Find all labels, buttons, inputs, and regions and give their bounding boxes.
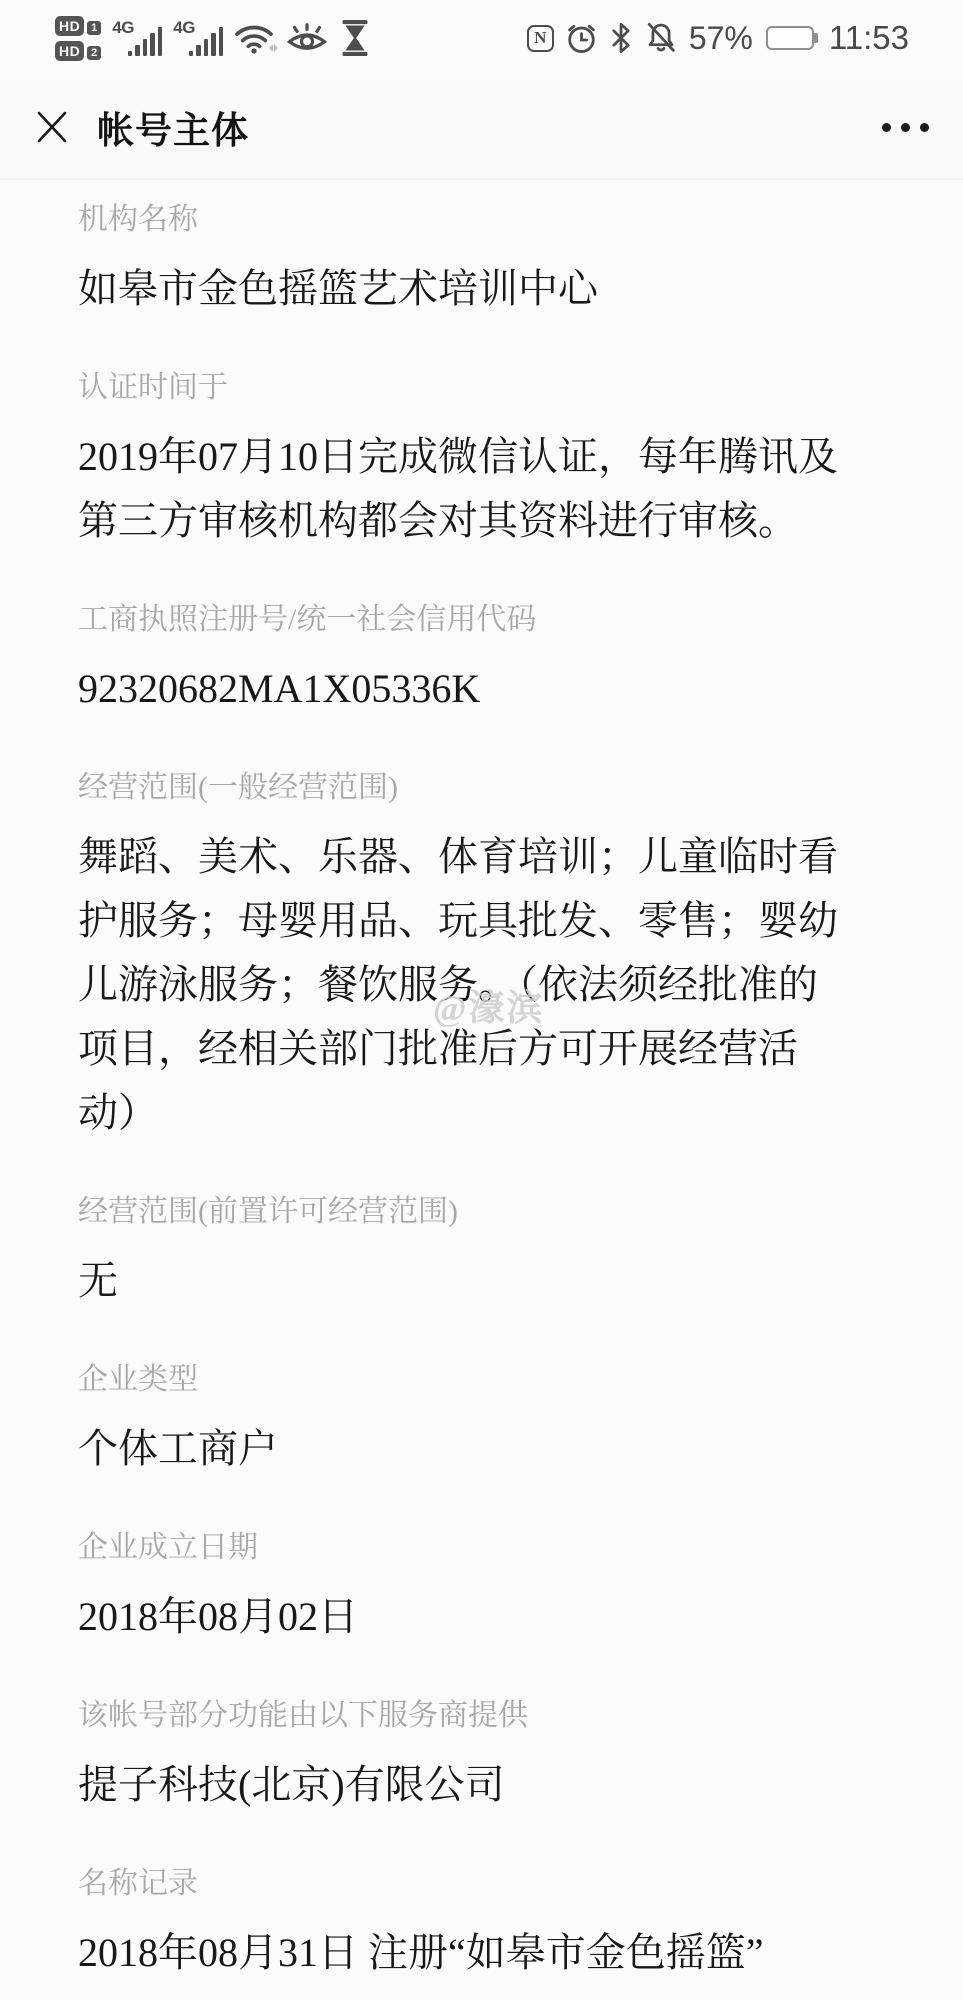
wifi-icon [234, 22, 274, 54]
eye-comfort-icon [285, 22, 329, 54]
field-value: 提子科技(北京)有限公司 [78, 1753, 903, 1817]
signal-strength-sim2-icon: 4G [173, 16, 223, 60]
field-label: 工商执照注册号/统一社会信用代码 [78, 605, 903, 635]
field-value: 2019年07月10日完成微信认证，每年腾讯及 第三方审核机构都会对其资料进行审… [78, 425, 903, 553]
alarm-clock-icon [565, 22, 598, 55]
section-verify-time: 认证时间于 2019年07月10日完成微信认证，每年腾讯及 第三方审核机构都会对… [78, 373, 903, 553]
field-value: 2018年08月31日 注册“如皋市金色摇篮” [78, 1921, 903, 1985]
field-label: 认证时间于 [78, 373, 903, 403]
field-label: 机构名称 [78, 205, 903, 235]
page-title: 帐号主体 [97, 100, 249, 154]
signal-strength-sim1-icon: 4G [112, 16, 162, 60]
field-value: 2018年08月02日 [78, 1585, 903, 1649]
section-business-scope-general: 经营范围(一般经营范围) 舞蹈、美术、乐器、体育培训；儿童临时看 护服务；母婴用… [78, 773, 903, 1145]
signal-bars-sim1 [128, 27, 163, 56]
hd2-sim-number: 2 [87, 46, 101, 60]
mute-bell-icon [644, 21, 678, 55]
hd2-badge: HD [55, 41, 84, 61]
more-menu-icon[interactable] [878, 113, 933, 142]
volte-hd1-icon: HD 1 [55, 16, 101, 36]
section-org-name: 机构名称 如皋市金色摇篮艺术培训中心 [78, 205, 903, 321]
wifi-activity-arrows [265, 44, 282, 52]
status-bar-left: HD 1 HD 2 4G 4G [55, 16, 370, 61]
volte-hd-icons: HD 1 HD 2 [55, 16, 101, 61]
section-license-code: 工商执照注册号/统一社会信用代码 92320682MA1X05336K [78, 605, 903, 721]
section-business-scope-licensed: 经营范围(前置许可经营范围) 无 [78, 1197, 903, 1313]
hd1-badge: HD [55, 16, 84, 36]
phone-screen: HD 1 HD 2 4G 4G [0, 0, 963, 2000]
field-value: 舞蹈、美术、乐器、体育培训；儿童临时看 护服务；母婴用品、玩具批发、零售；婴幼 … [78, 825, 903, 1145]
battery-percent-text: 57% [689, 20, 753, 57]
field-label: 名称记录 [78, 1869, 903, 1899]
close-icon[interactable] [35, 110, 69, 144]
section-name-record: 名称记录 2018年08月31日 注册“如皋市金色摇篮” [78, 1869, 903, 1985]
hourglass-icon [340, 20, 370, 56]
section-founding-date: 企业成立日期 2018年08月02日 [78, 1533, 903, 1649]
battery-icon [766, 26, 818, 50]
field-label: 经营范围(前置许可经营范围) [78, 1197, 903, 1227]
section-service-provider: 该帐号部分功能由以下服务商提供 提子科技(北京)有限公司 [78, 1701, 903, 1817]
bluetooth-icon [609, 21, 633, 55]
status-bar-right: N 57% 11:53 [527, 19, 909, 57]
hd1-sim-number: 1 [87, 21, 101, 35]
nfc-icon: N [527, 25, 554, 52]
clock-time: 11:53 [829, 19, 909, 57]
field-value: 无 [78, 1249, 903, 1313]
section-enterprise-type: 企业类型 个体工商户 [78, 1365, 903, 1481]
page-header: 帐号主体 [0, 76, 963, 180]
status-bar: HD 1 HD 2 4G 4G [0, 0, 963, 76]
account-subject-info: 机构名称 如皋市金色摇篮艺术培训中心 认证时间于 2019年07月10日完成微信… [0, 180, 963, 1985]
field-value: 如皋市金色摇篮艺术培训中心 [78, 257, 903, 321]
signal-bars-sim2 [189, 27, 224, 56]
field-value: 92320682MA1X05336K [78, 657, 903, 721]
field-label: 经营范围(一般经营范围) [78, 773, 903, 803]
field-label: 企业类型 [78, 1365, 903, 1395]
volte-hd2-icon: HD 2 [55, 41, 101, 61]
field-value: 个体工商户 [78, 1417, 903, 1481]
field-label: 企业成立日期 [78, 1533, 903, 1563]
field-label: 该帐号部分功能由以下服务商提供 [78, 1701, 903, 1731]
